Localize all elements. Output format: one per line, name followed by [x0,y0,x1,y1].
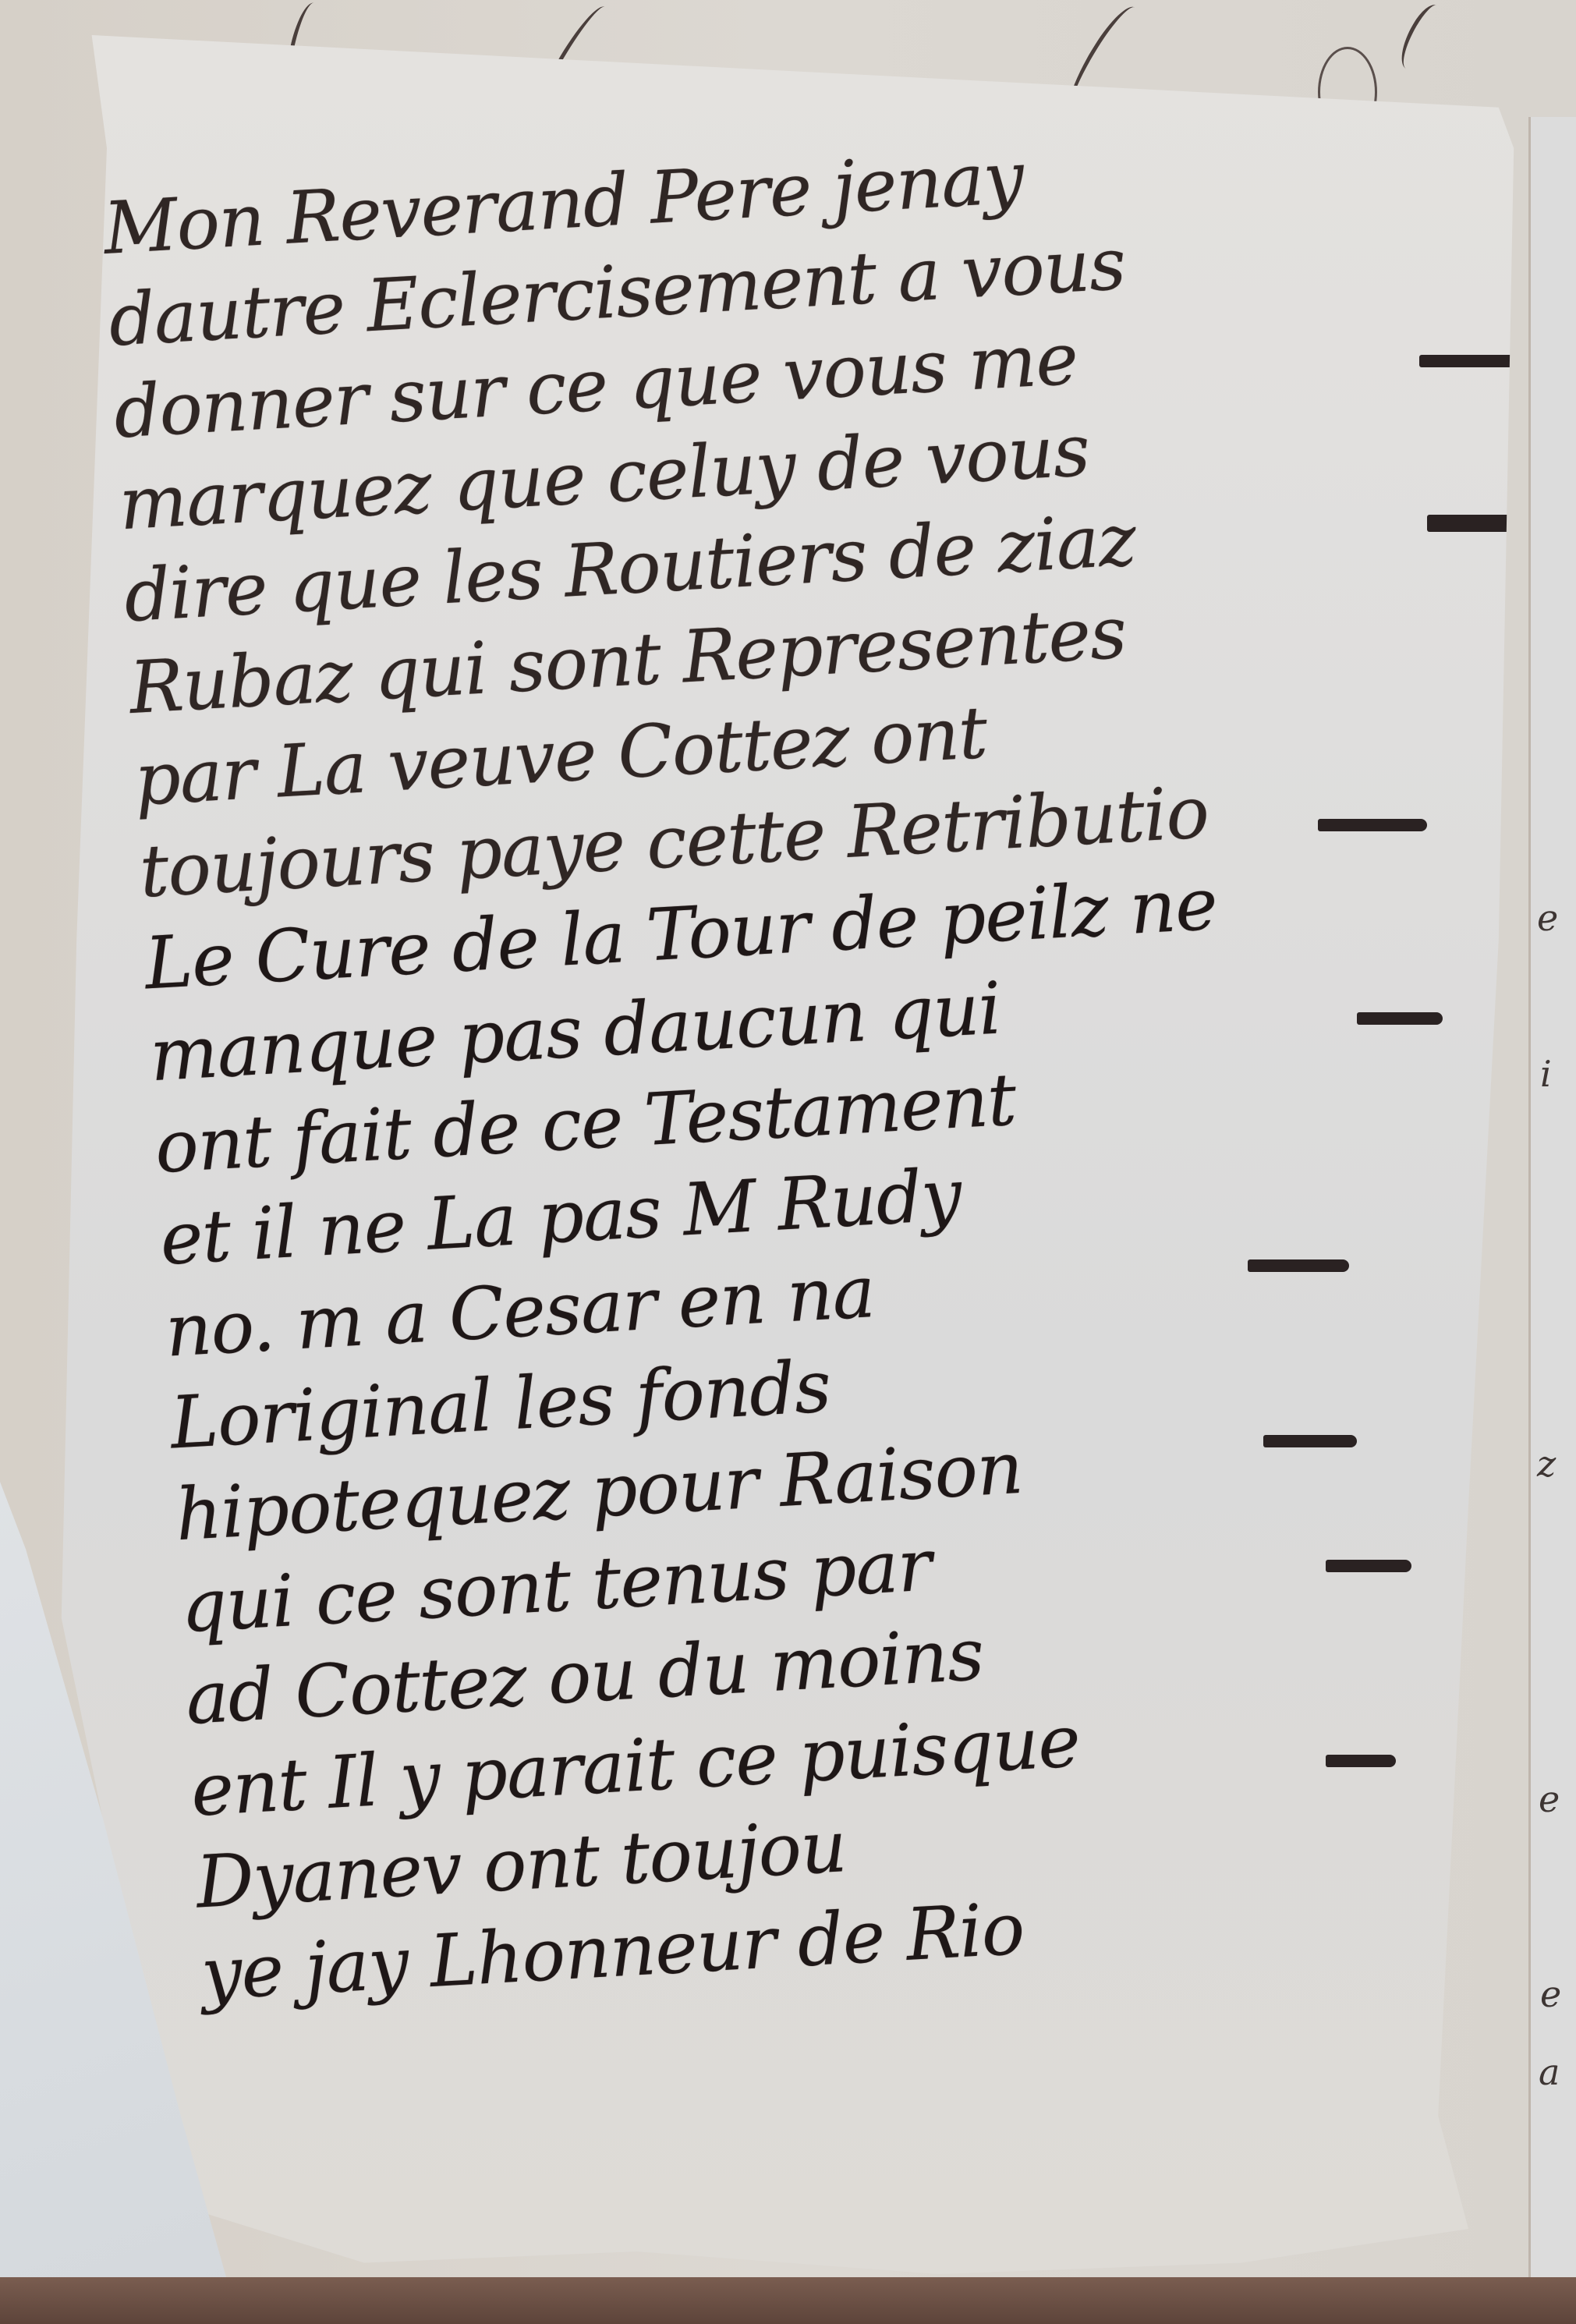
line-filler-dash [1263,1435,1357,1447]
margin-fragment: e [1540,1973,1561,2015]
line-filler-dash [1326,1560,1411,1572]
margin-fragment: e [1537,897,1558,939]
line-filler-dash [1357,1012,1443,1025]
back-sheet-stroke [1392,0,1450,74]
right-underlying-sheet: e i z e e a [1528,117,1576,2301]
margin-fragment: a [1539,2051,1560,2093]
margin-fragment: e [1539,1778,1560,1820]
line-filler-dash [1419,355,1521,367]
letter-body: Mon Reverand Pere jenay dautre Eclercise… [101,105,1576,2021]
line-filler-dash [1248,1259,1349,1272]
line-filler-dash [1326,1755,1396,1767]
table-edge [0,2277,1576,2324]
margin-fragment: i [1540,1053,1552,1095]
letter-sheet: Mon Reverand Pere jenay dautre Eclercise… [31,35,1544,2297]
line-filler-dash [1318,819,1427,831]
document-photo: e i z e e a Mon Reverand Pere jenay daut… [0,0,1576,2324]
margin-fragment: z [1537,1443,1556,1485]
